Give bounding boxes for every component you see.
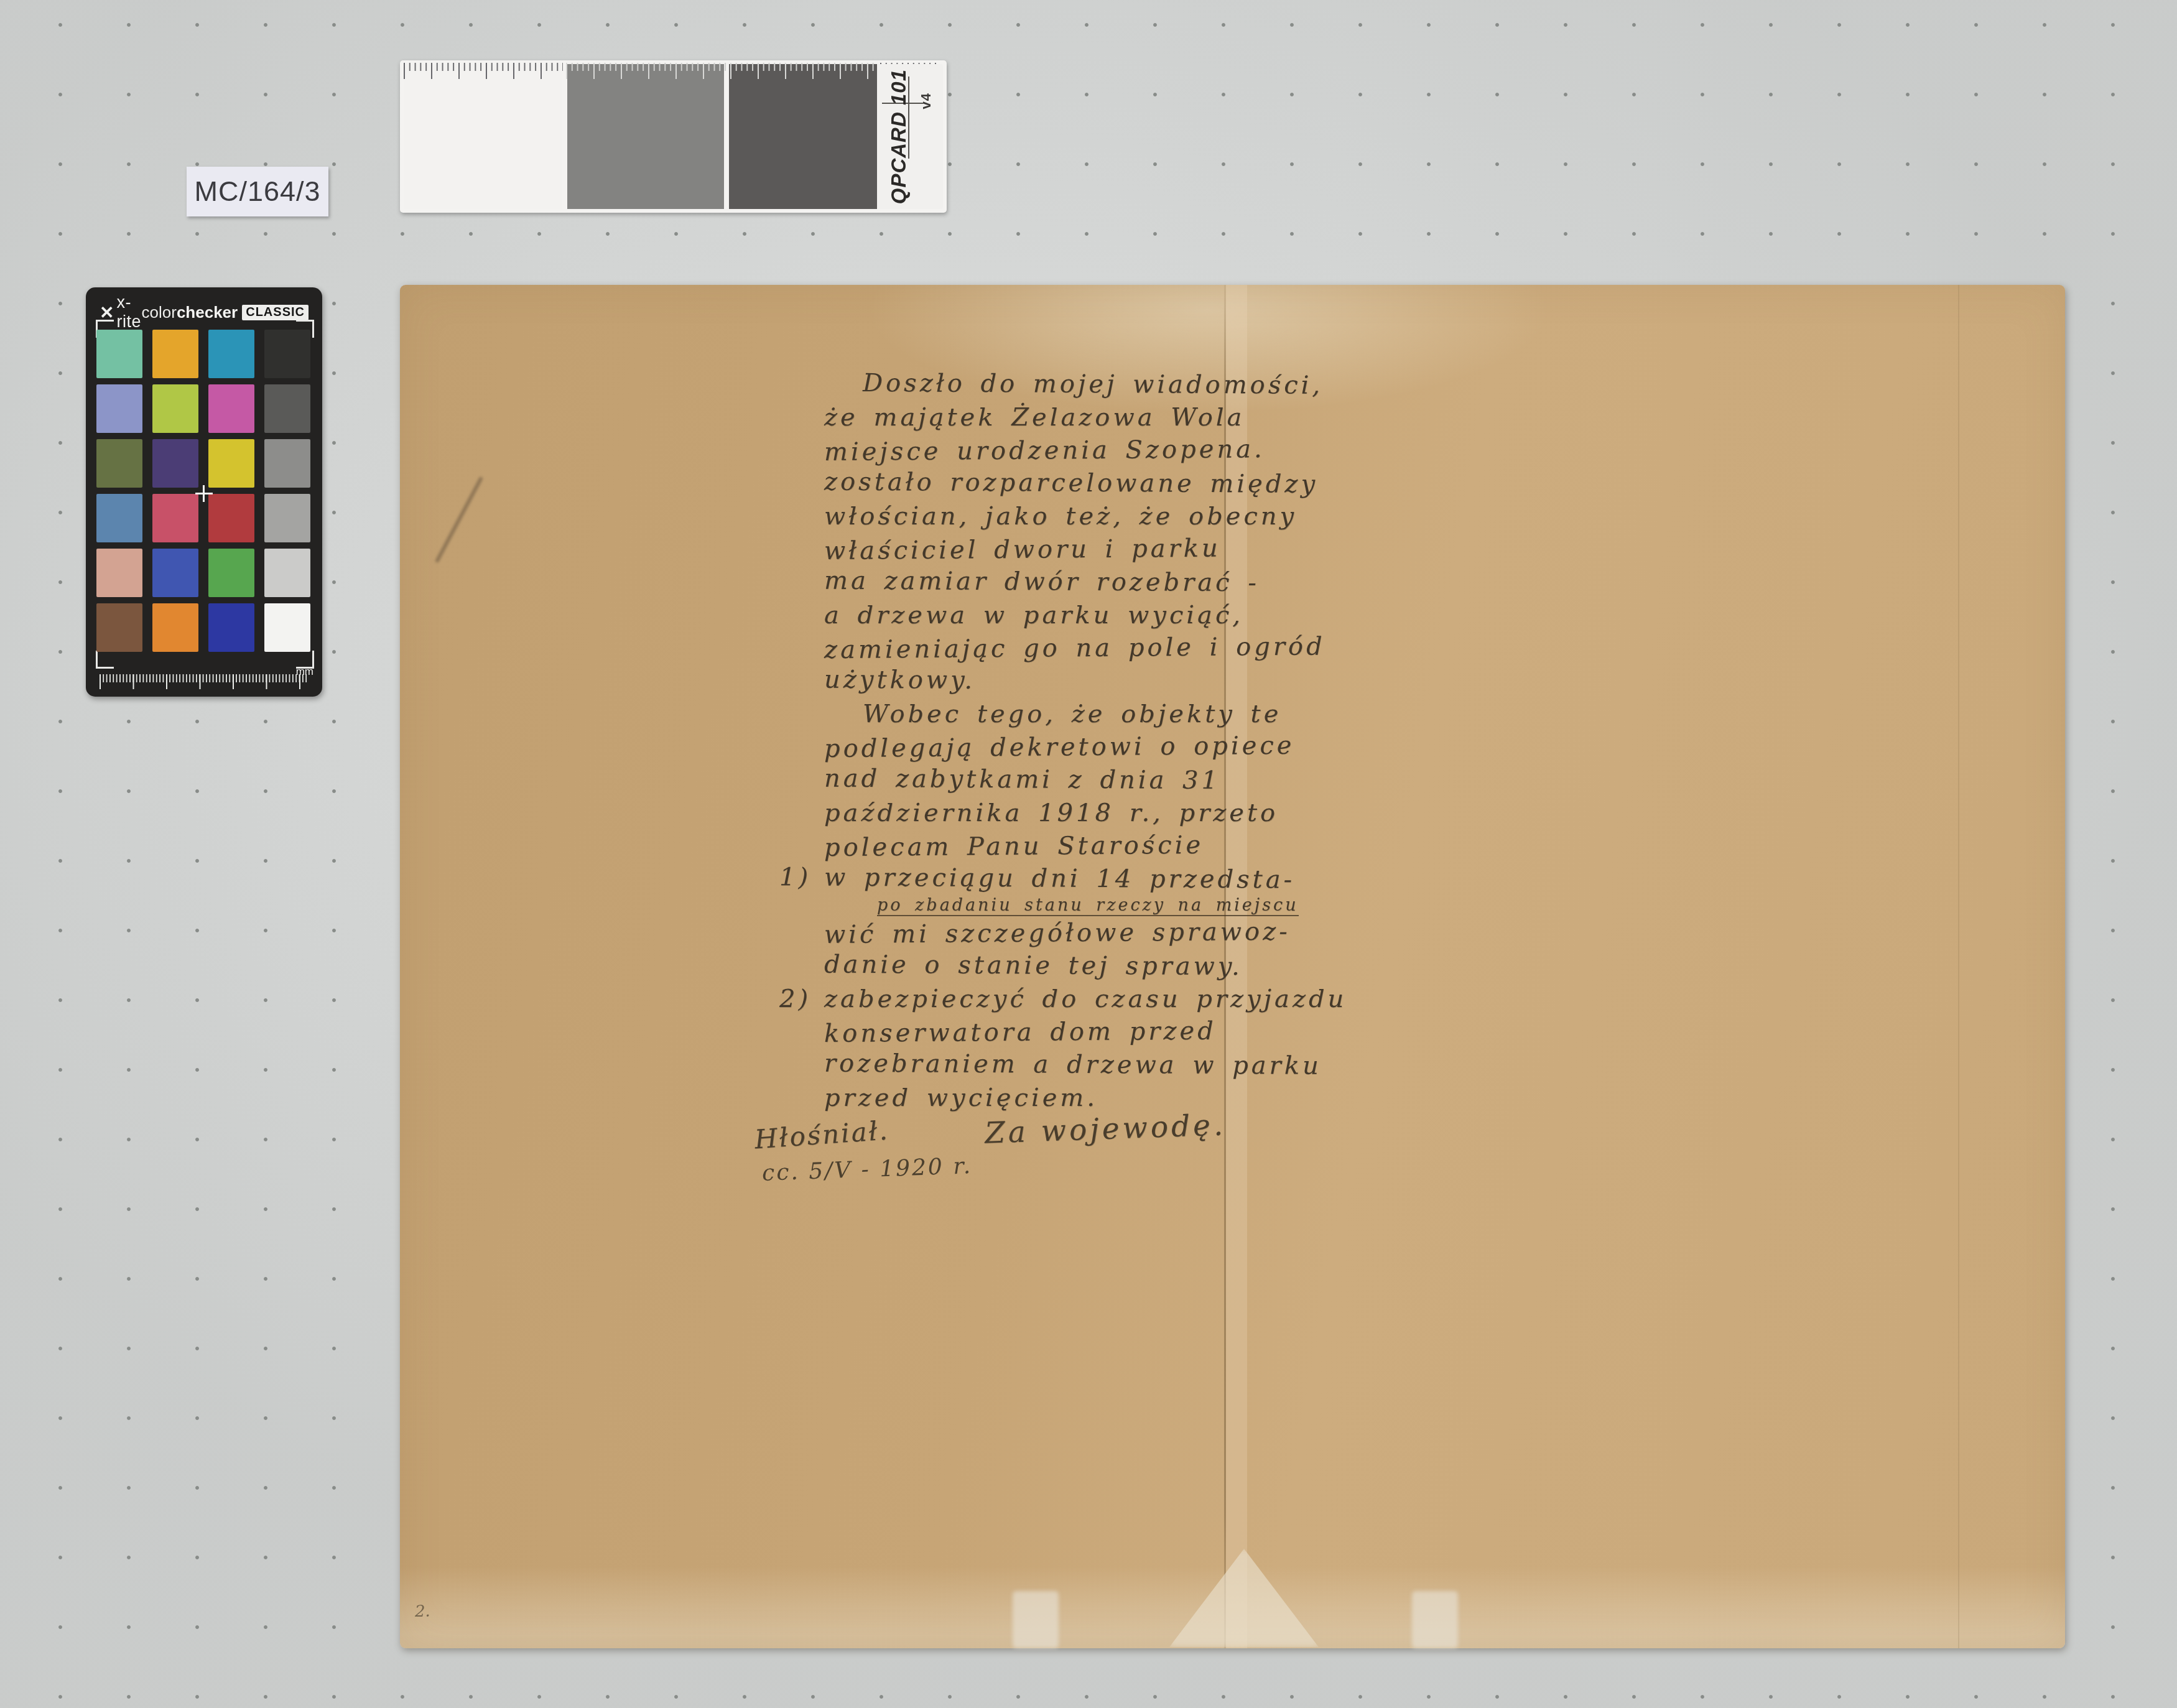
handwritten-line: przed wycięciem. — [824, 1084, 1372, 1116]
qp-label-strip: v4 QPCARD 101 — [877, 64, 943, 209]
qp-brand-label: QPCARD 101 — [887, 69, 911, 204]
handwritten-text: nad zabytkami z dnia 31 — [824, 764, 1220, 795]
color-patch-r2c2 — [152, 384, 198, 433]
color-patch-r2c1 — [96, 384, 142, 433]
color-patch-r3c2 — [152, 439, 198, 488]
pencil-corner-mark: 2. — [415, 1602, 430, 1621]
handwritten-text: po zbadaniu stanu rzeczy na miejscu — [877, 896, 1299, 916]
classic-badge: CLASSIC — [242, 305, 309, 320]
handwritten-text: właściciel dworu i parku — [824, 534, 1221, 565]
color-patch-r2c4 — [264, 384, 310, 433]
tape-residue — [1013, 1591, 1059, 1648]
handwritten-line: 1)w przeciągu dni 14 przedsta- — [824, 863, 1372, 899]
qp-ruler-ticks — [566, 63, 877, 79]
handwritten-text: polecam Panu Staroście — [824, 831, 1204, 862]
handwritten-line: danie o stanie tej sprawy. — [824, 950, 1372, 986]
center-cross-icon — [203, 485, 205, 502]
handwritten-text: że majątek Żelazowa Wola — [824, 403, 1245, 432]
color-patch-r6c2 — [152, 603, 198, 652]
handwritten-line: użytkowy. — [824, 666, 1372, 702]
colorchecker-title: colorchecker — [142, 303, 238, 322]
color-patch-r6c4 — [264, 603, 310, 652]
scuff-mark — [435, 476, 483, 564]
handwritten-line: konserwatora dom przed — [824, 1016, 1372, 1052]
color-patch-r4c2 — [152, 494, 198, 542]
handwritten-text: zabezpieczyć do czasu przyjazdu — [824, 985, 1347, 1013]
handwritten-text-block: Doszło do mojej wiadomości,że majątek Że… — [824, 370, 1372, 1116]
handwritten-text: w przeciągu dni 14 przedsta- — [824, 863, 1295, 894]
colorchecker-card: ✕ x-rite colorchecker CLASSIC mm — [86, 287, 322, 697]
handwritten-text: rozebraniem a drzewa w parku — [824, 1049, 1322, 1080]
color-patch-r4c3 — [208, 494, 254, 542]
handwritten-line: nad zabytkami z dnia 31 — [824, 764, 1372, 801]
handwritten-text: danie o stanie tej sprawy. — [824, 950, 1243, 982]
handwritten-text: a drzewa w parku wyciąć, — [824, 601, 1243, 629]
color-patch-r3c3 — [208, 439, 254, 488]
date-annotation: cc. 5/V - 1920 r. — [761, 1153, 972, 1186]
color-patch-r2c3 — [208, 384, 254, 433]
qp-ruler-ticks — [404, 63, 563, 79]
color-patch-r5c4 — [264, 549, 310, 597]
tape-residue — [1412, 1591, 1458, 1648]
signature-left: Hłośniał. — [754, 1115, 890, 1155]
color-patch-r5c2 — [152, 549, 198, 597]
qp-grayscale-calibration-card: v4 QPCARD 101 — [400, 60, 947, 213]
handwritten-line: Doszło do mojej wiadomości, — [824, 369, 1372, 405]
color-patch-r1c1 — [96, 330, 142, 378]
handwritten-line: zostało rozparcelowane między — [824, 468, 1372, 504]
bottom-tape-stain — [1169, 1549, 1319, 1647]
handwritten-line: miejsce urodzenia Szopena. — [824, 434, 1372, 471]
color-patch-r3c4 — [264, 439, 310, 488]
handwritten-line: włościan, jako też, że obecny — [824, 502, 1372, 535]
handwritten-line: 2)zabezpieczyć do czasu przyjazdu — [824, 985, 1372, 1018]
handwritten-line: Wobec tego, że objekty te — [824, 700, 1372, 733]
handwritten-text: października 1918 r., przeto — [824, 799, 1278, 827]
handwritten-text: przed wycięciem. — [824, 1084, 1098, 1112]
handwritten-line: że majątek Żelazowa Wola — [824, 403, 1372, 436]
handwritten-line: właściciel dworu i parku — [824, 533, 1372, 570]
handwritten-text: konserwatora dom przed — [824, 1017, 1217, 1048]
color-patch-r6c3 — [208, 603, 254, 652]
handwritten-text: wić mi szczegółowe sprawoz- — [824, 917, 1291, 949]
archival-photo-surface: MC/164/3 v4 QPCARD 101 ✕ x-rite colorche… — [0, 0, 2177, 1708]
handwritten-text: włościan, jako też, że obecny — [824, 502, 1297, 531]
color-patch-r5c3 — [208, 549, 254, 597]
handwritten-line: rozebraniem a drzewa w parku — [824, 1049, 1372, 1085]
right-crease-line — [1958, 285, 1959, 1648]
document-paper: Doszło do mojej wiadomości,że majątek Że… — [400, 285, 2065, 1648]
handwritten-line: wić mi szczegółowe sprawoz- — [824, 917, 1372, 954]
qp-version-label: v4 — [918, 93, 934, 109]
colorchecker-header: ✕ x-rite colorchecker CLASSIC — [86, 301, 322, 323]
color-patch-r1c2 — [152, 330, 198, 378]
handwritten-text: ma zamiar dwór rozebrać - — [824, 567, 1260, 598]
handwritten-text: Wobec tego, że objekty te — [863, 700, 1281, 728]
colorchecker-title-bold: checker — [177, 303, 238, 322]
qp-dark-gray-patch — [729, 64, 877, 209]
handwritten-text: użytkowy. — [824, 666, 975, 695]
handwritten-line: podlegają dekretowi o opiece — [824, 731, 1372, 768]
handwritten-text: miejsce urodzenia Szopena. — [824, 435, 1265, 466]
color-patch-r1c4 — [264, 330, 310, 378]
handwritten-line: a drzewa w parku wyciąć, — [824, 601, 1372, 634]
xrite-brand-label: x-rite — [116, 293, 141, 332]
color-patch-r5c1 — [96, 549, 142, 597]
handwritten-text: zostało rozparcelowane między — [824, 468, 1318, 499]
color-patch-r4c1 — [96, 494, 142, 542]
qp-mid-gray-patch — [567, 64, 724, 209]
color-patch-r6c1 — [96, 603, 142, 652]
list-item-marker: 2) — [779, 985, 811, 1013]
qp-white-patch — [404, 64, 562, 209]
handwritten-line: zamieniając go na pole i ogród — [824, 632, 1372, 669]
reference-label: MC/164/3 — [187, 167, 328, 216]
handwritten-line: ma zamiar dwór rozebrać - — [824, 567, 1372, 603]
handwritten-line: października 1918 r., przeto — [824, 799, 1372, 832]
corner-bracket-icon — [96, 651, 114, 669]
ruler-unit-label: mm — [296, 666, 313, 678]
color-patch-r1c3 — [208, 330, 254, 378]
handwritten-text: zamieniając go na pole i ogród — [824, 632, 1325, 664]
list-item-marker: 1) — [779, 863, 811, 891]
colorchecker-ruler-ticks — [100, 674, 309, 689]
handwritten-line: po zbadaniu stanu rzeczy na miejscu — [824, 896, 1372, 919]
handwritten-text: podlegają dekretowi o opiece — [824, 731, 1295, 763]
color-patch-r3c1 — [96, 439, 142, 488]
color-patch-r4c4 — [264, 494, 310, 542]
handwritten-text: Doszło do mojej wiadomości, — [863, 369, 1323, 400]
colorchecker-title-light: color — [142, 303, 177, 322]
handwritten-line: polecam Panu Staroście — [824, 830, 1372, 866]
